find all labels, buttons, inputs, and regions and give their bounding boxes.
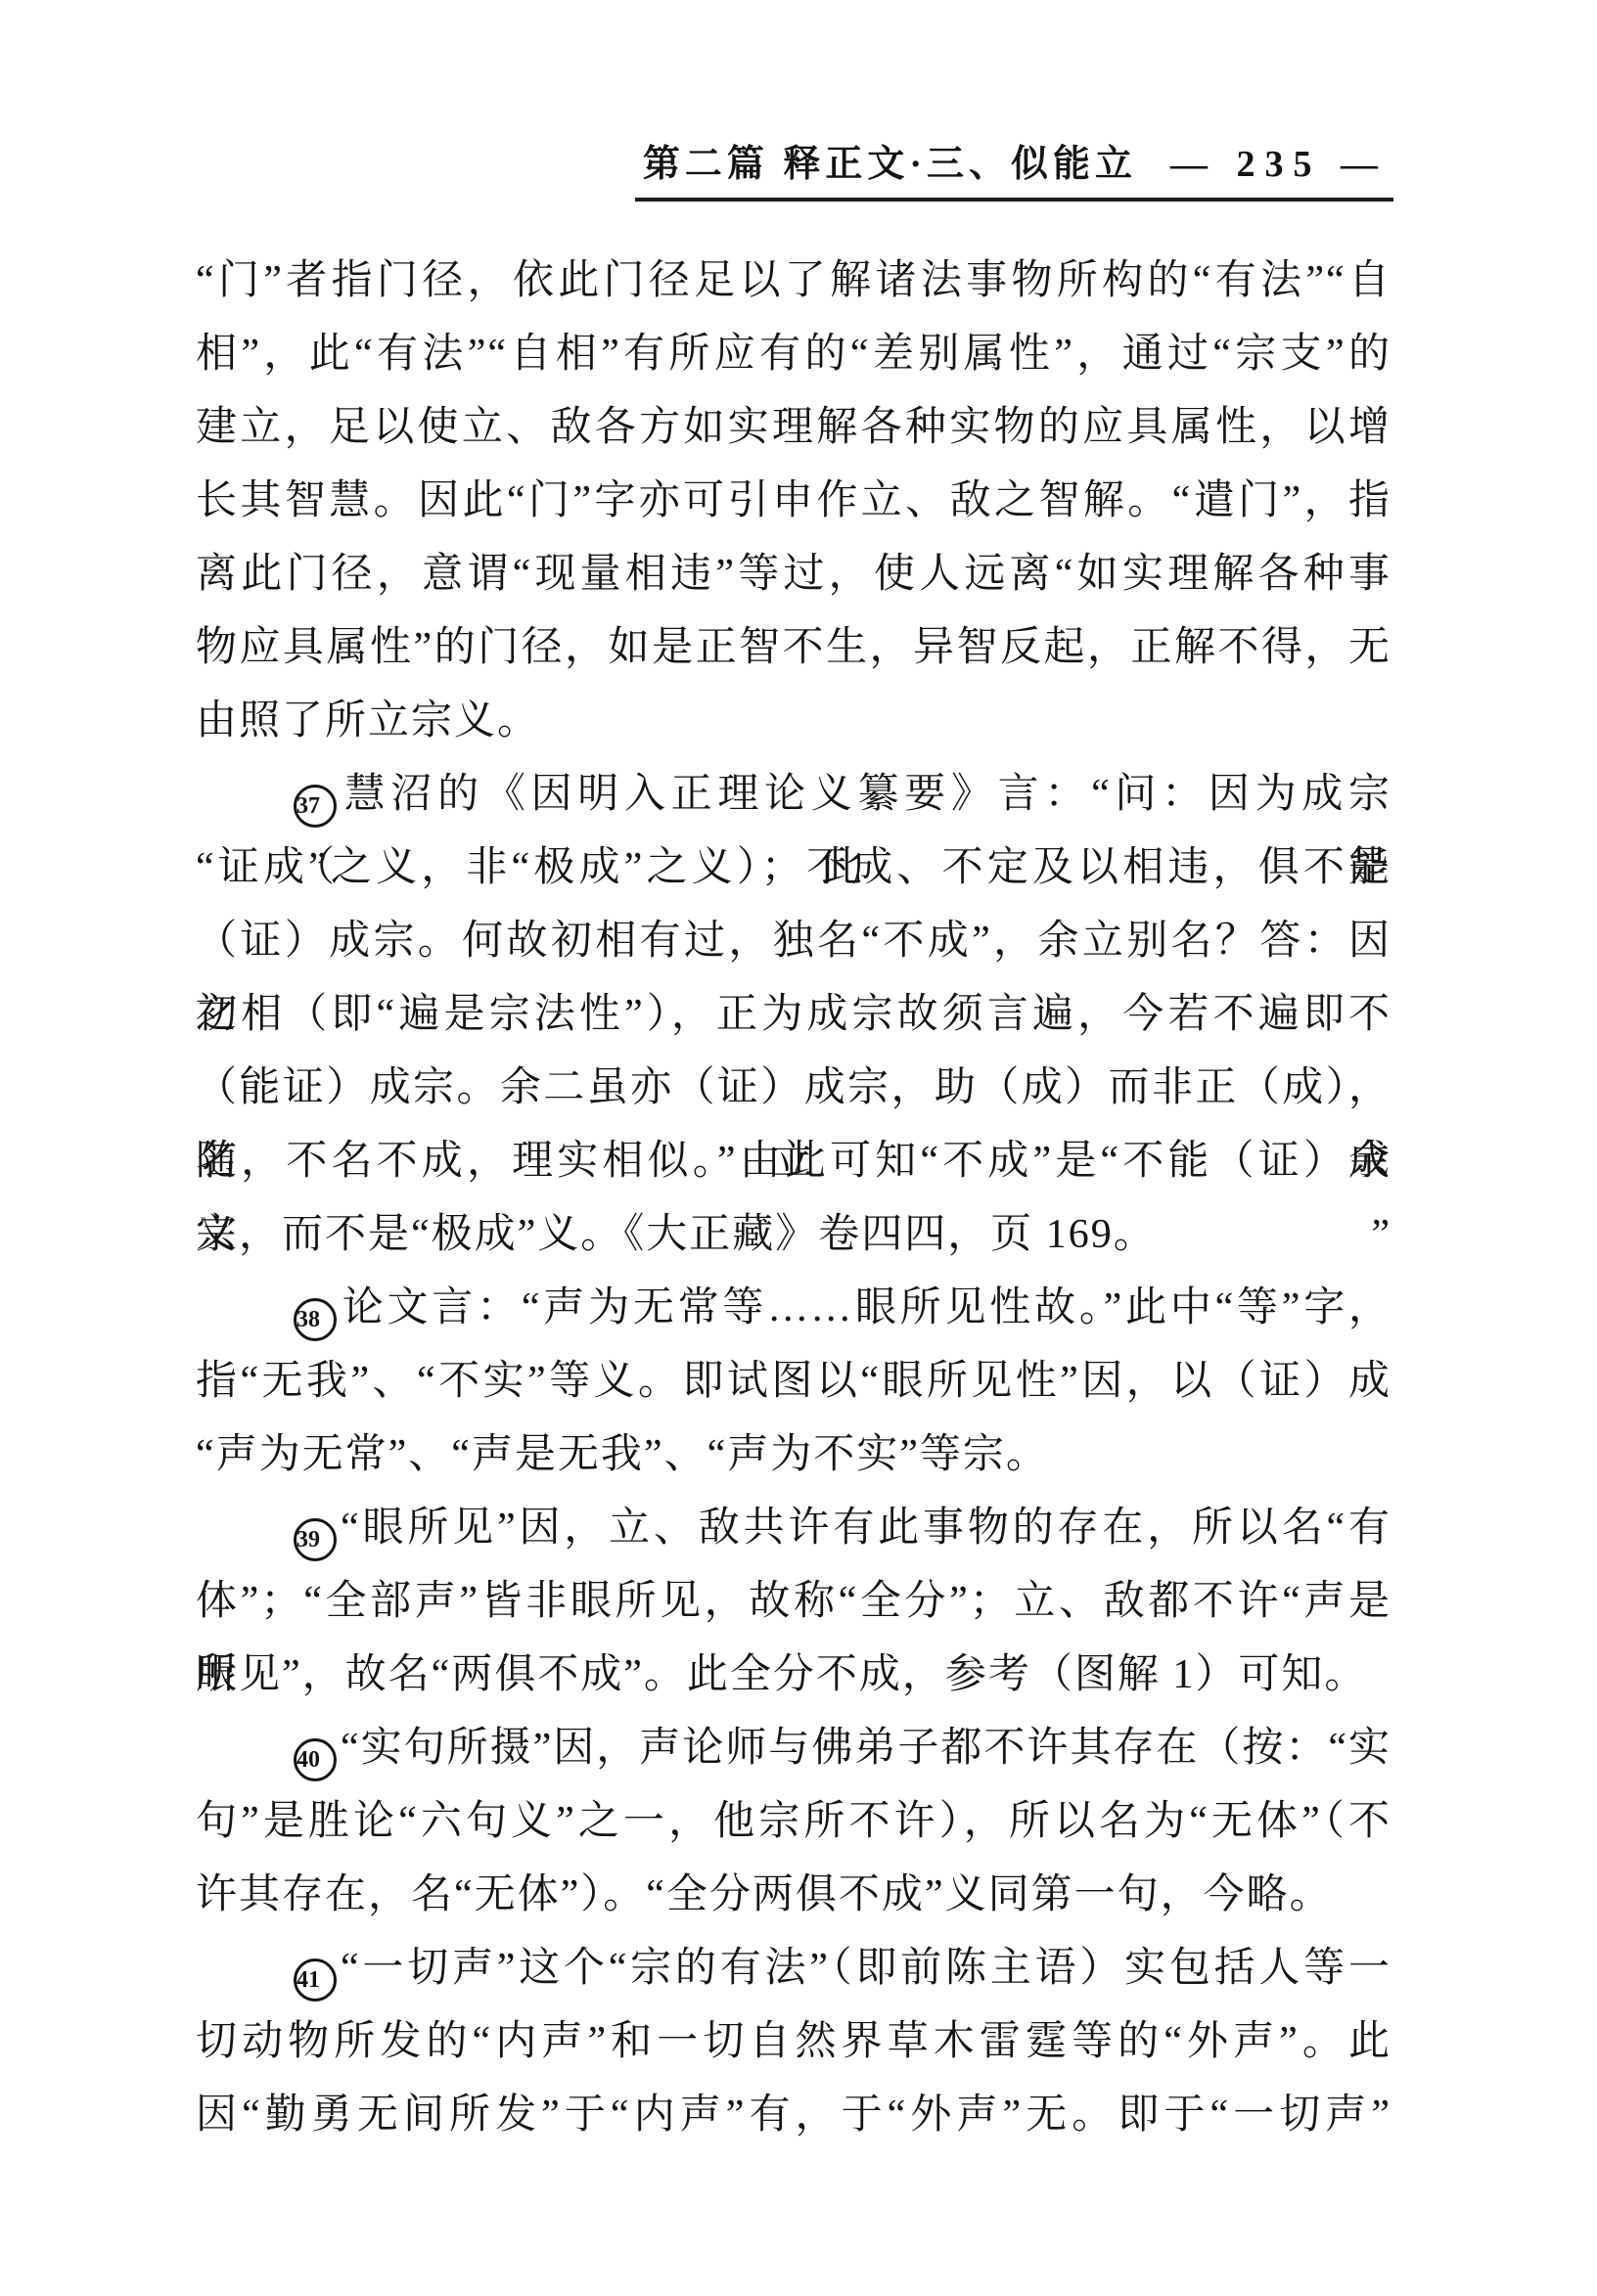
footnote-number-badge: 41 [294,1958,337,2002]
line-text: 离此门径，意谓“现量相违”等过，使人远离“如实理解各种事 [196,552,1392,597]
line-text: 所见”，故名“两俱不成”。此全分不成，参考（图解 1）可知。 [196,1652,1367,1697]
line-text: 建立，足以使立、敌各方如实理解各种实物的应具属性，以增 [196,405,1392,450]
text-line: “门”者指门径，依此门径足以了解诸法事物所构的“有法”“自 [196,245,1392,318]
text-line: 建立，足以使立、敌各方如实理解各种实物的应具属性，以增 [196,391,1392,465]
text-line: 离此门径，意谓“现量相违”等过，使人远离“如实理解各种事 [196,538,1392,611]
footnote-number-badge: 40 [294,1738,337,1781]
text-line: 许其存在，名“无体”）。“全分两俱不成”义同第一句，今略。 [196,1859,1392,1932]
text-line: 体”；“全部声”皆非眼所见，故称“全分”；立、敌都不许“声是眼 [196,1565,1392,1639]
text-line: 切动物所发的“内声”和一切自然界草木雷霆等的“外声”。此 [196,2005,1392,2079]
line-text: 相”，此“有法”“自相”有所应有的“差别属性”，通过“宗支”的 [196,332,1392,377]
line-text: 义，而不是“极成”义。《大正藏》卷四四，页 169。 [196,1212,1157,1257]
line-text: 初相（即“遍是宗法性”），正为成宗故须言遍，今若不遍即不 [196,992,1392,1037]
text-line: 41“一切声”这个“宗的有法”（即前陈主语）实包括人等一 [196,1932,1392,2005]
text-line: 长其智慧。因此“门”字亦可引申作立、敌之智解。“遣门”，指 [196,465,1392,538]
line-text: “一切声”这个“宗的有法”（即前陈主语）实包括人等一 [341,1946,1392,1991]
line-text: 物应具属性”的门径，如是正智不生，异智反起，正解不得，无 [196,625,1392,670]
line-text: 因“勤勇无间所发”于“内声”有，于“外声”无。即于“一切声” [196,2093,1392,2138]
header-rule: 第二篇 释正文·三、似能立— 235 — [635,143,1393,202]
text-line: 39“眼所见”因，立、敌共许有此事物的存在，所以名“有 [196,1492,1392,1565]
text-line: 名，不名不成，理实相似。”由此可知“不成”是“不能（证）成宗” [196,1125,1392,1198]
line-text: “眼所见”因，立、敌共许有此事物的存在，所以名“有 [341,1506,1392,1551]
text-line: 物应具属性”的门径，如是正智不生，异智反起，正解不得，无 [196,611,1392,685]
text-line: 因“勤勇无间所发”于“内声”有，于“外声”无。即于“一切声” [196,2079,1392,2152]
text-line: 38论文言：“声为无常等……眼所见性故。”此中“等”字， [196,1272,1392,1345]
footnote-number-badge: 38 [294,1298,337,1341]
line-text: “证成”之义，非“极成”之义）；不成、不定及以相违，俱不能 [196,845,1392,890]
line-text: 指“无我”、“不实”等义。即试图以“眼所见性”因，以（证）成 [196,1359,1392,1404]
footnote-number-badge: 39 [294,1518,337,1561]
page-number: — 235 — [1170,144,1388,185]
running-header: 第二篇 释正文·三、似能立— 235 — [635,143,1393,202]
line-text: 句”是胜论“六句义”之一，他宗所不许），所以名为“无体”（不 [196,1799,1392,1844]
text-line: “声为无常”、“声是无我”、“声为不实”等宗。 [196,1418,1392,1492]
text-line: 由照了所立宗义。 [196,685,1392,758]
line-text: 许其存在，名“无体”）。“全分两俱不成”义同第一句，今略。 [196,1872,1333,1917]
book-page: 第二篇 释正文·三、似能立— 235 — “门”者指门径，依此门径足以了解诸法事… [0,0,1597,2296]
section-title: 第二篇 释正文·三、似能立 [643,144,1137,185]
line-text: 长其智慧。因此“门”字亦可引申作立、敌之智解。“遣门”，指 [196,478,1392,523]
text-line: 40“实句所摄”因，声论师与佛弟子都不许其存在（按：“实 [196,1712,1392,1785]
footnote-number-badge: 37 [294,785,337,828]
text-line: “证成”之义，非“极成”之义）；不成、不定及以相违，俱不能 [196,832,1392,905]
text-line: 37慧沼的《因明入正理论义纂要》言：“问：因为成宗（此是 [196,758,1392,832]
line-text: “门”者指门径，依此门径足以了解诸法事物所构的“有法”“自 [196,258,1392,303]
page-body: “门”者指门径，依此门径足以了解诸法事物所构的“有法”“自相”，此“有法”“自相… [196,245,1392,2152]
line-text: 由照了所立宗义。 [196,698,540,743]
line-text: 论文言：“声为无常等……眼所见性故。”此中“等”字， [341,1285,1392,1330]
text-line: 句”是胜论“六句义”之一，他宗所不许），所以名为“无体”（不 [196,1785,1392,1859]
line-text: 切动物所发的“内声”和一切自然界草木雷霆等的“外声”。此 [196,2019,1392,2064]
text-line: 所见”，故名“两俱不成”。此全分不成，参考（图解 1）可知。 [196,1639,1392,1712]
line-text: “实句所摄”因，声论师与佛弟子都不许其存在（按：“实 [341,1726,1392,1771]
line-text: “声为无常”、“声是无我”、“声为不实”等宗。 [196,1432,1049,1477]
text-line: 相”，此“有法”“自相”有所应有的“差别属性”，通过“宗支”的 [196,318,1392,391]
text-line: 指“无我”、“不实”等义。即试图以“眼所见性”因，以（证）成 [196,1345,1392,1418]
text-line: 初相（即“遍是宗法性”），正为成宗故须言遍，今若不遍即不 [196,978,1392,1052]
text-line: （能证）成宗。余二虽亦（证）成宗，助（成）而非正（成），随立余 [196,1052,1392,1125]
text-line: （证）成宗。何故初相有过，独名“不成”，余立别名？答：因之 [196,905,1392,978]
